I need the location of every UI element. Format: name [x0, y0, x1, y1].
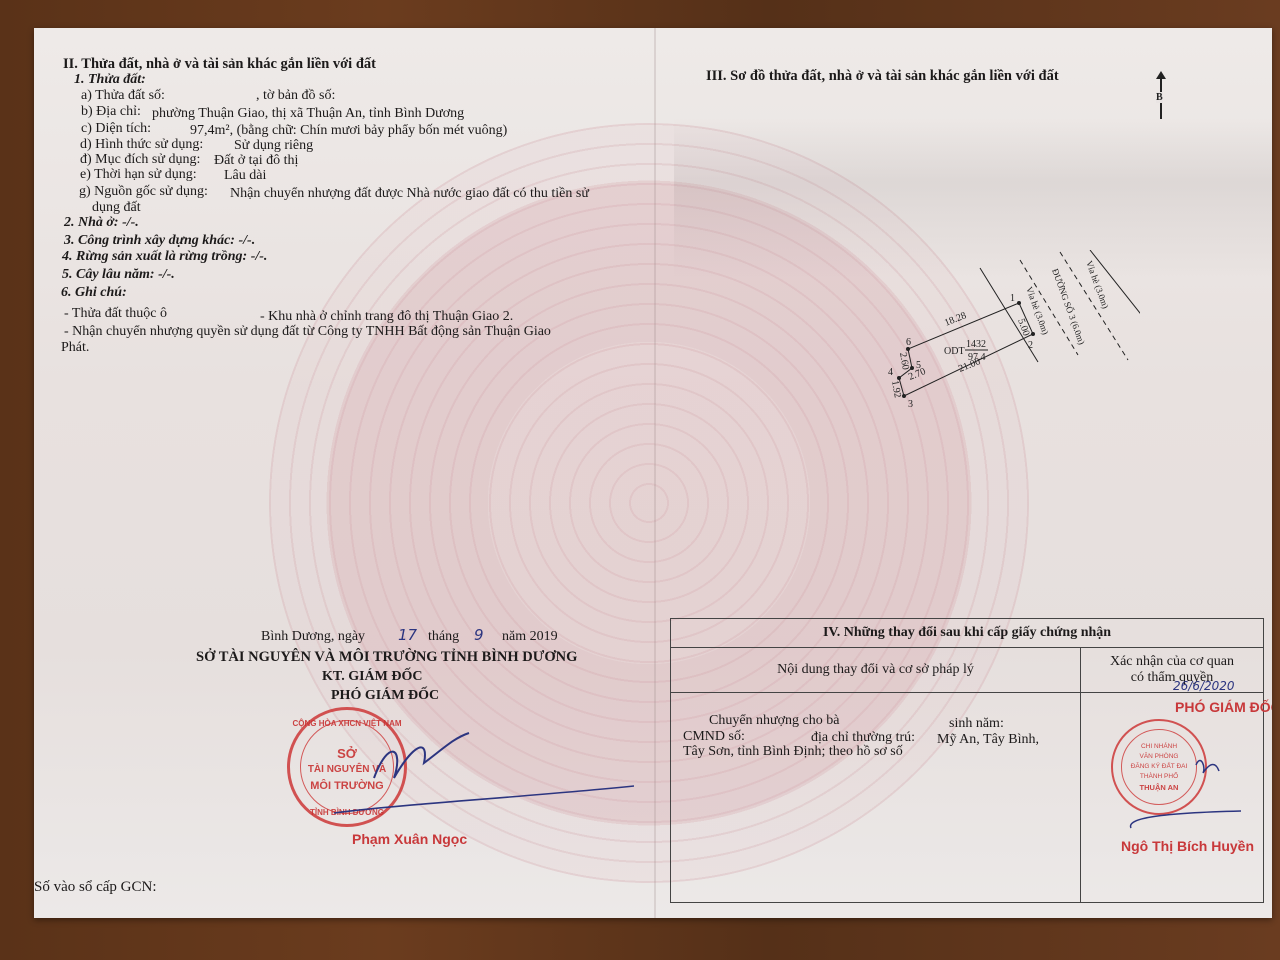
confirm-date: 26/6/2020	[1173, 679, 1235, 693]
origin-label: g) Nguồn gốc sử dụng:	[79, 185, 208, 199]
date-year: năm 2019	[502, 630, 558, 644]
section-iv-heading: IV. Những thay đổi sau khi cấp giấy chứn…	[671, 619, 1264, 648]
plot-number: 1432	[966, 339, 986, 350]
purpose-label: đ) Mục đích sử dụng:	[80, 153, 200, 167]
change-content-cell: Chuyển nhượng cho bà sinh năm: CMND số: …	[671, 693, 1081, 903]
land-plot-heading: 1. Thửa đất:	[74, 73, 146, 87]
area-label: c) Diện tích:	[81, 122, 151, 136]
map-sheet-label: , tờ bản đồ số:	[256, 89, 335, 103]
term-value: Lâu dài	[224, 169, 266, 183]
perennial-trees-line: 5. Cây lâu năm: -/-.	[62, 268, 175, 282]
entry-line-2c: Mỹ An, Tây Bình,	[937, 733, 1039, 747]
vertex-1: 1	[1010, 293, 1015, 304]
position-label: PHÓ GIÁM ĐỐC	[331, 689, 439, 703]
entry-line-3: Tây Sơn, tỉnh Bình Định; theo hồ sơ số	[683, 745, 903, 759]
origin-value: Nhận chuyển nhượng đất được Nhà nước gia…	[230, 187, 589, 201]
address-value: phường Thuận Giao, thị xã Thuận An, tỉnh…	[152, 107, 464, 121]
notes-line-3: Phát.	[61, 341, 89, 355]
vertex-2: 2	[1028, 340, 1033, 351]
entry-line-1a: Chuyển nhượng cho bà	[709, 714, 839, 728]
date-month-label: tháng	[428, 630, 459, 644]
edge-3-4: 1.92	[889, 380, 903, 399]
on-behalf-label: KT. GIÁM ĐỐC	[322, 670, 422, 684]
road-name: ĐƯỜNG SỐ 3 (6.0m)	[1050, 267, 1087, 346]
col-content-header: Nội dung thay đổi và cơ sở pháp lý	[671, 648, 1081, 693]
entry-line-2a: CMND số:	[683, 730, 745, 744]
address-label: b) Địa chỉ:	[81, 105, 141, 119]
sidewalk-outer: Vỉa hè (3.0m)	[1084, 259, 1111, 310]
notes-line-2: - Nhận chuyển nhượng quyền sử dụng đất t…	[64, 325, 551, 339]
notes-line-1b: - Khu nhà ở chỉnh trang đô thị Thuận Gia…	[260, 310, 513, 324]
registry-label: Số vào sổ cấp GCN:	[34, 880, 157, 894]
use-form-label: d) Hình thức sử dụng:	[80, 138, 203, 152]
other-construction-line: 3. Công trình xây dựng khác: -/-.	[64, 234, 255, 248]
signature-2	[1101, 743, 1241, 833]
signature-1	[334, 718, 634, 818]
section-iii-heading: III. Sơ đồ thửa đất, nhà ở và tài sản kh…	[706, 69, 1059, 83]
confirm-position: PHÓ GIÁM ĐỐC	[1175, 699, 1272, 715]
confirm-signer: Ngô Thị Bích Huyền	[1121, 838, 1254, 854]
confirm-cell: 26/6/2020 PHÓ GIÁM ĐỐC CHI NHÁNH VĂN PHÒ…	[1081, 693, 1264, 903]
signer-name: Phạm Xuân Ngọc	[352, 831, 467, 847]
col-confirm-header: Xác nhận của cơ quan có thẩm quyền	[1081, 648, 1264, 693]
plot-number-label: a) Thửa đất số:	[81, 89, 165, 103]
entry-line-1b: sinh năm:	[949, 717, 1004, 731]
date-prefix: Bình Dương, ngày	[261, 630, 365, 644]
north-label: B	[1156, 92, 1163, 103]
date-month: 9	[474, 626, 484, 644]
notes-line-1a: - Thửa đất thuộc ô	[64, 307, 167, 321]
certificate-page: II. Thửa đất, nhà ở và tài sản khác gắn …	[34, 28, 1272, 918]
term-label: e) Thời hạn sử dụng:	[80, 168, 197, 182]
production-forest-line: 4. Rừng sản xuất là rừng trồng: -/-.	[62, 250, 267, 264]
notes-heading: 6. Ghi chú:	[61, 286, 127, 300]
section-ii-heading: II. Thửa đất, nhà ở và tài sản khác gắn …	[63, 57, 376, 71]
plot-diagram: 1 2 3 4 5 6 18.28 5.00 21.00 1.92 2.70 2…	[860, 250, 1140, 410]
changes-table: IV. Những thay đổi sau khi cấp giấy chứn…	[670, 618, 1264, 903]
area-value: 97,4m², (bằng chữ: Chín mươi bảy phẩy bố…	[190, 124, 507, 138]
vertex-6: 6	[906, 337, 911, 348]
agency-name: SỞ TÀI NGUYÊN VÀ MÔI TRƯỜNG TỈNH BÌNH DƯ…	[196, 650, 577, 664]
fold-line	[654, 28, 656, 918]
entry-line-2b: địa chỉ thường trú:	[811, 731, 915, 745]
vertex-3: 3	[908, 399, 913, 410]
vertex-4: 4	[888, 367, 893, 378]
origin-value-cont: dụng đất	[92, 201, 141, 215]
edge-1-2: 5.00	[1015, 317, 1031, 337]
edge-5-6: 2.60	[897, 352, 911, 371]
house-line: 2. Nhà ở: -/-.	[64, 216, 139, 230]
plot-area: 97.4	[968, 352, 986, 363]
date-day: 17	[398, 626, 417, 644]
land-code: ODT	[944, 346, 965, 357]
purpose-value: Đất ở tại đô thị	[214, 154, 298, 168]
use-form-value: Sử dụng riêng	[234, 139, 313, 153]
